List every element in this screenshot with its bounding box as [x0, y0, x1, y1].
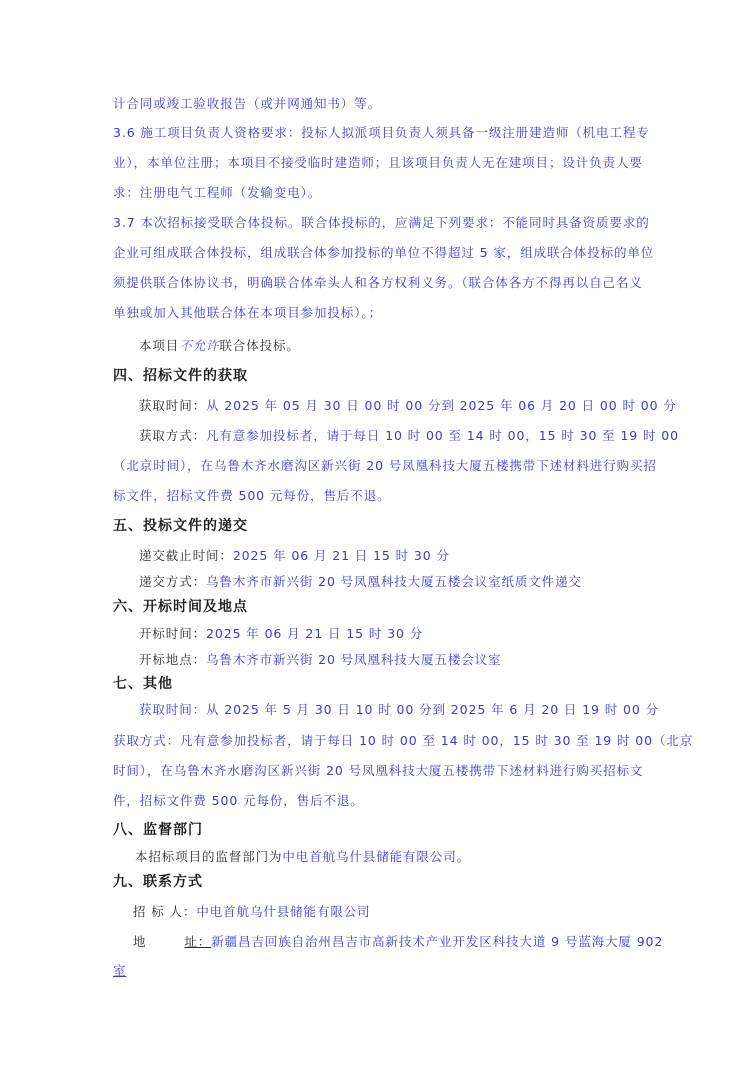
other-method-line-3: 件，招标文件费 500 元每份，售后不退。: [113, 793, 364, 809]
opening-place-label: 开标地点：: [139, 652, 206, 667]
section-8-heading: 八、监督部门: [113, 821, 203, 839]
section-9-heading: 九、联系方式: [113, 873, 203, 891]
opening-place-row: 开标地点：乌鲁木齐市新兴街 20 号凤凰科技大厦五楼会议室: [139, 652, 501, 668]
address-row: 地址：新疆昌吉回族自治州昌吉市高新技术产业开发区科技大道 9 号蓝海大厦 902: [133, 934, 663, 950]
acquire-time-label: 获取时间：: [139, 398, 206, 413]
address-value: 新疆昌吉回族自治州昌吉市高新技术产业开发区科技大道 9 号蓝海大厦 902: [211, 934, 663, 949]
submit-deadline-value: 2025 年 06 月 21 日 15 时 30 分: [233, 548, 450, 563]
supervision-row: 本招标项目的监督部门为中电首航乌什县储能有限公司。: [135, 849, 470, 865]
clause-3-7-line-4: 单独或加入其他联合体在本项目参加投标）。；: [113, 305, 382, 321]
section-5-heading: 五、投标文件的递交: [113, 517, 248, 535]
acquire-method-line-3: 标文件，招标文件费 500 元每份，售后不退。: [113, 488, 391, 504]
acquire-method-row: 获取方式：凡有意参加投标者，请于每日 10 时 00 至 14 时 00，15 …: [139, 428, 679, 444]
acquire-method-line-1: 凡有意参加投标者，请于每日 10 时 00 至 14 时 00，15 时 30 …: [206, 428, 679, 443]
address-label-second: 址：: [184, 934, 211, 949]
acquire-time-value: 从 2025 年 05 月 30 日 00 时 00 分到 2025 年 06 …: [206, 398, 677, 413]
section-7-heading: 七、其他: [113, 675, 173, 693]
consortium-statement: 本项目不允许联合体投标。: [139, 338, 300, 354]
address-wrap: 室: [113, 963, 126, 979]
clause-3-7-line-2: 企业可组成联合体投标，组成联合体参加投标的单位不得超过 5 家，组成联合体投标的…: [113, 245, 654, 261]
submit-deadline-row: 递交截止时间：2025 年 06 月 21 日 15 时 30 分: [139, 548, 450, 564]
submit-deadline-label: 递交截止时间：: [139, 548, 233, 563]
acquire-method-line-2: （北京时间），在乌鲁木齐水磨沟区新兴街 20 号凤凰科技大厦五楼携带下述材料进行…: [113, 458, 657, 474]
clause-3-6-line-1: 3.6 施工项目负责人资格要求：投标人拟派项目负责人须具备一级注册建造师（机电工…: [113, 125, 650, 141]
consortium-prefix: 本项目: [139, 338, 179, 353]
tenderer-value: 中电首航乌什县储能有限公司: [196, 904, 370, 919]
acquire-time-row: 获取时间：从 2025 年 05 月 30 日 00 时 00 分到 2025 …: [139, 398, 677, 414]
other-method-line-1: 获取方式：凡有意参加投标者，请于每日 10 时 00 至 14 时 00，15 …: [113, 733, 693, 749]
opening-place-value: 乌鲁木齐市新兴街 20 号凤凰科技大厦五楼会议室: [206, 652, 501, 667]
address-label-first: 地: [133, 934, 146, 949]
clause-3-6-line-3: 求：注册电气工程师（发输变电）。: [113, 185, 321, 201]
submit-method-value: 乌鲁木齐市新兴街 20 号凤凰科技大厦五楼会议室纸质文件递交: [206, 574, 582, 589]
document-page: 计合同或竣工验收报告（或并网通知书）等。 3.6 施工项目负责人资格要求：投标人…: [0, 0, 755, 1074]
tenderer-row: 招 标 人：中电首航乌什县储能有限公司: [133, 904, 371, 920]
section-6-heading: 六、开标时间及地点: [113, 598, 248, 616]
submit-method-row: 递交方式：乌鲁木齐市新兴街 20 号凤凰科技大厦五楼会议室纸质文件递交: [139, 574, 582, 590]
submit-method-label: 递交方式：: [139, 574, 206, 589]
other-time-line: 获取时间：从 2025 年 5 月 30 日 10 时 00 分到 2025 年…: [139, 702, 659, 718]
clause-3-7-line-3: 须提供联合体协议书，明确联合体牵头人和各方权利义务。（联合体各方不得再以自己名义: [113, 275, 643, 291]
acquire-method-label: 获取方式：: [139, 428, 206, 443]
supervision-prefix: 本招标项目的监督部门为: [135, 849, 282, 864]
tenderer-label: 招 标 人：: [133, 904, 196, 919]
continuation-line: 计合同或竣工验收报告（或并网通知书）等。: [113, 96, 381, 112]
clause-3-7-line-1: 3.7 本次招标接受联合体投标。联合体投标的，应满足下列要求：不能同时具备资质要…: [113, 215, 650, 231]
consortium-value: 不允许: [179, 338, 219, 353]
consortium-suffix: 联合体投标。: [219, 338, 299, 353]
other-method-line-2: 时间），在乌鲁木齐水磨沟区新兴街 20 号凤凰科技大厦五楼携带下述材料进行购买招…: [113, 763, 643, 779]
supervision-suffix: 。: [457, 849, 470, 864]
section-4-heading: 四、招标文件的获取: [113, 367, 248, 385]
opening-time-row: 开标时间：2025 年 06 月 21 日 15 时 30 分: [139, 626, 423, 642]
opening-time-value: 2025 年 06 月 21 日 15 时 30 分: [206, 626, 423, 641]
clause-3-6-line-2: 业），本单位注册；本项目不接受临时建造师；且该项目负责人无在建项目；设计负责人要: [113, 155, 643, 171]
supervision-value: 中电首航乌什县储能有限公司: [282, 849, 456, 864]
opening-time-label: 开标时间：: [139, 626, 206, 641]
